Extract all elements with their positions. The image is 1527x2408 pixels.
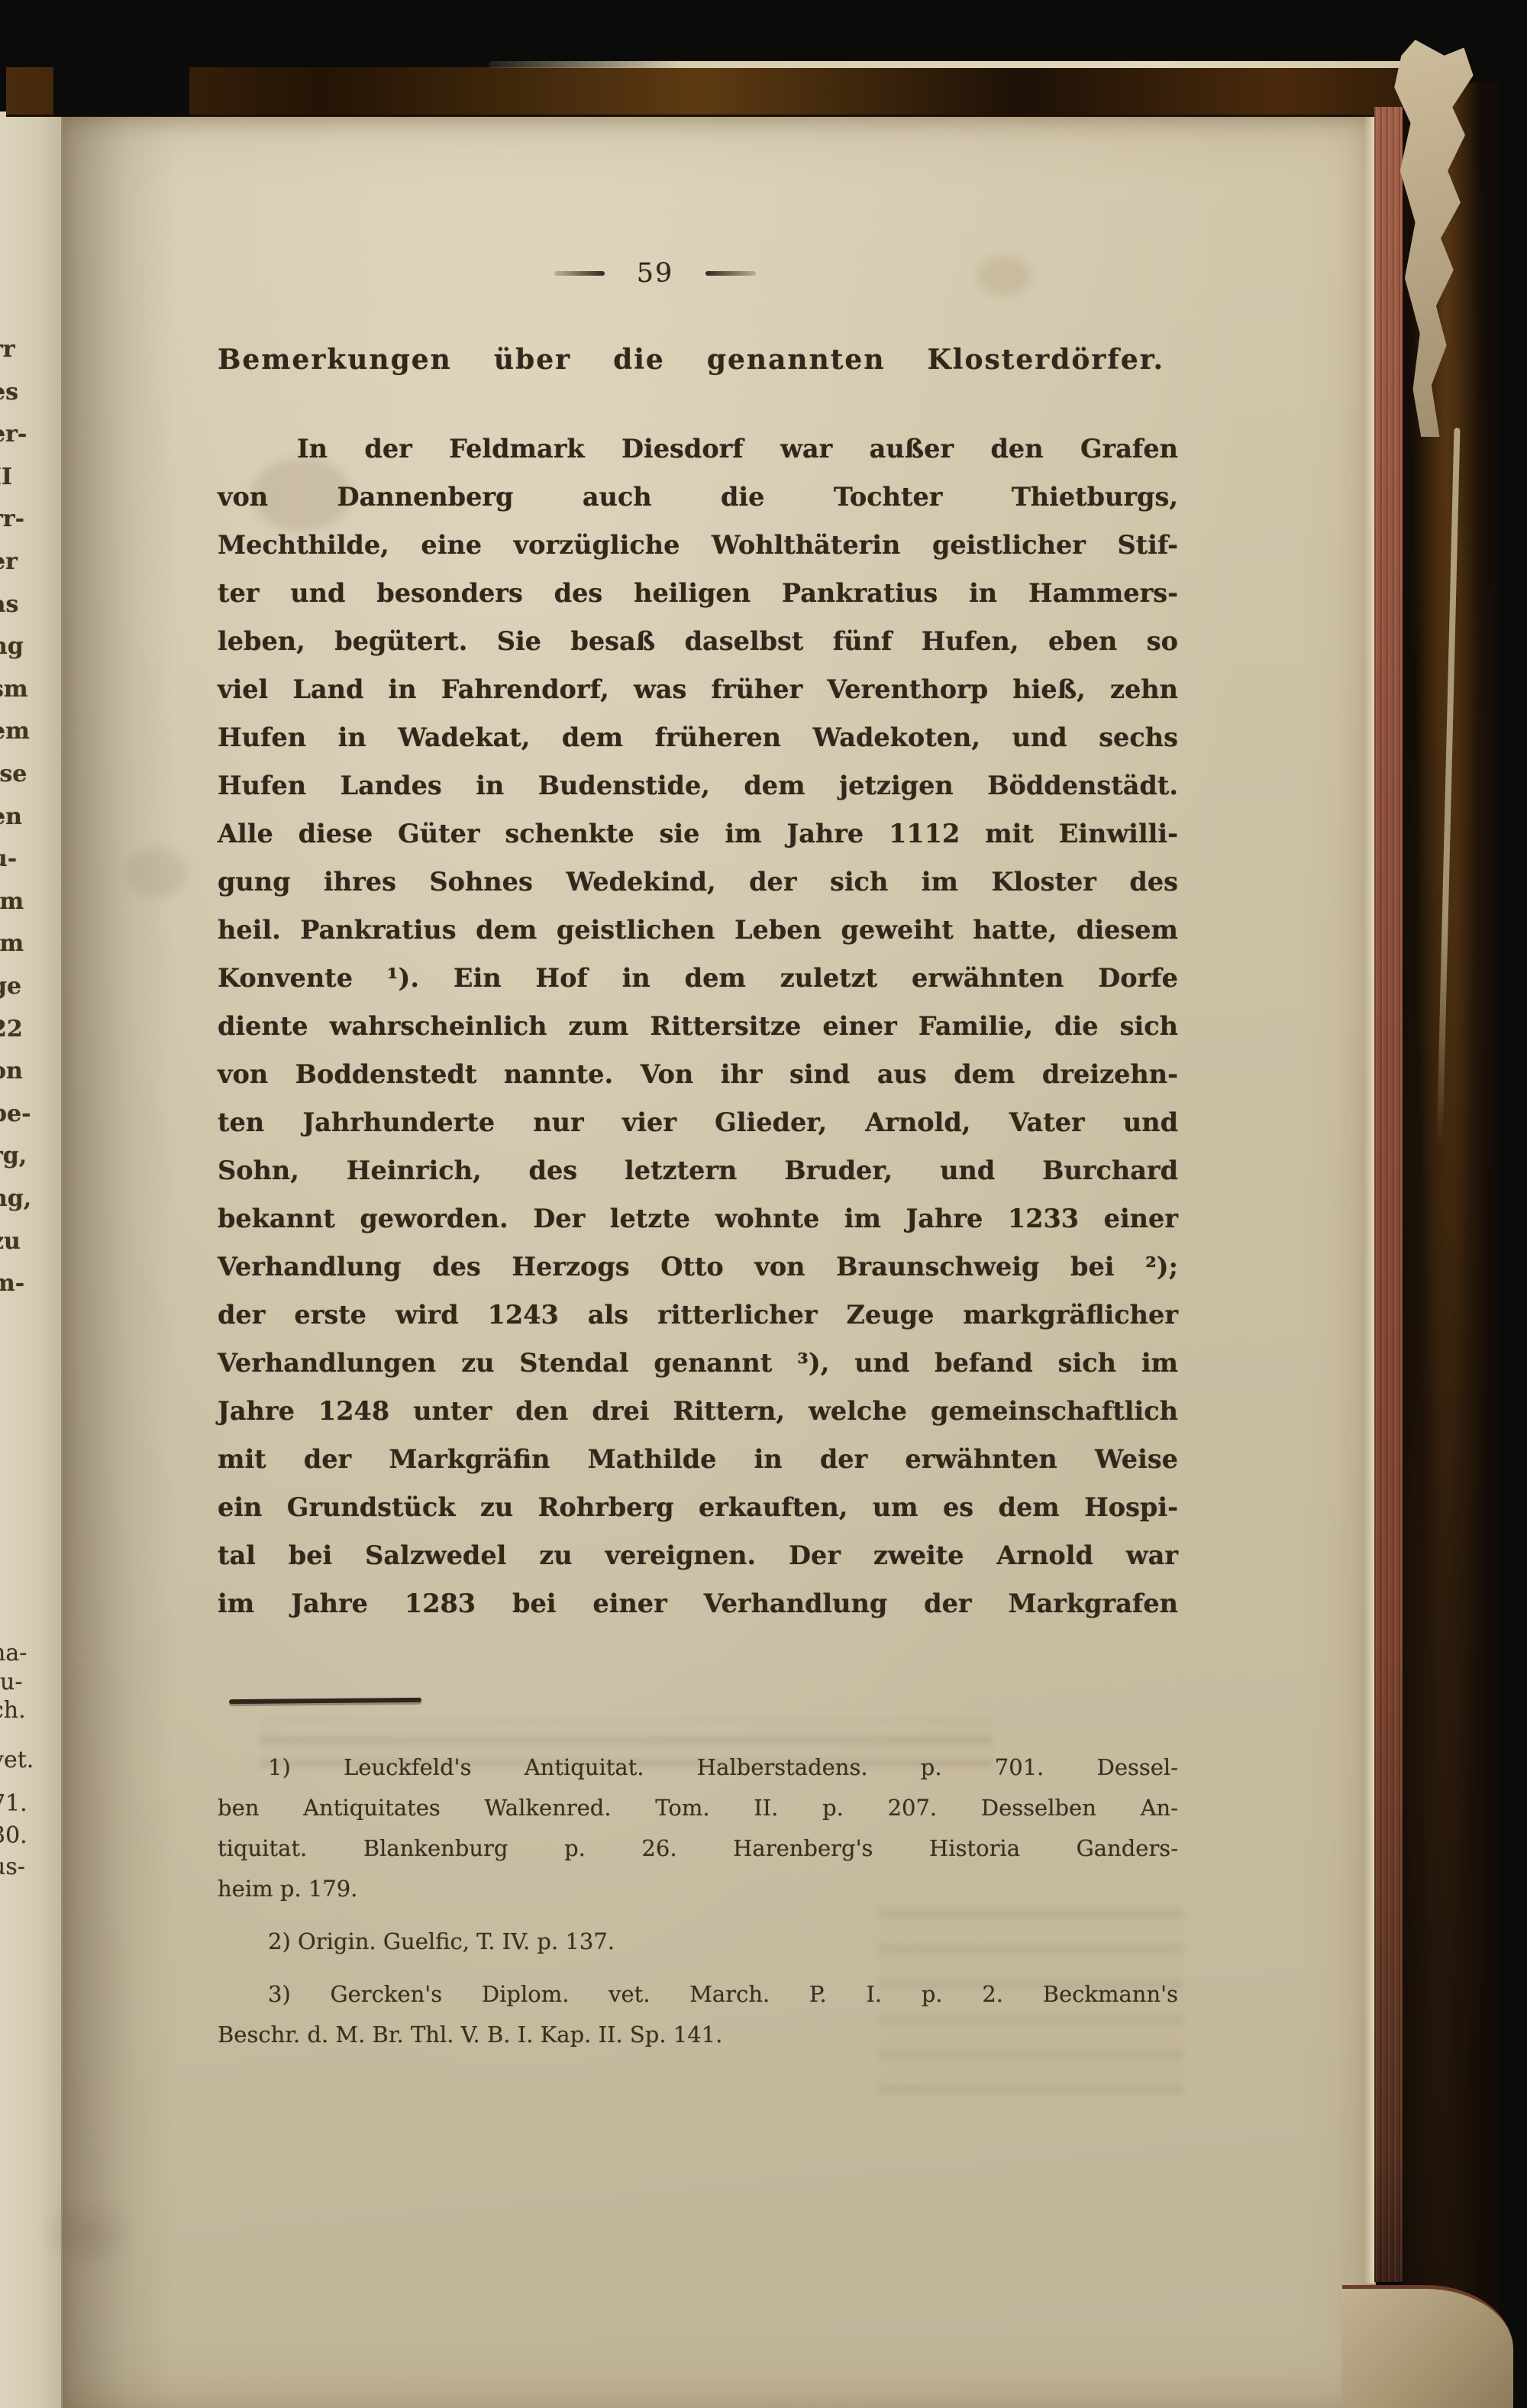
body-line: von Dannenberg auch die Tochter Thietbur…	[218, 473, 1178, 521]
body-line: Verhandlungen zu Stendal genannt ³), und…	[218, 1339, 1178, 1387]
margin-fragment: ch.	[0, 1697, 46, 1724]
body-line: tal bei Salzwedel zu vereignen. Der zwei…	[218, 1531, 1178, 1579]
margin-fragment: ha-	[0, 1640, 46, 1666]
body-line: viel Land in Fahrendorf, was früher Vere…	[218, 665, 1178, 713]
section-heading: Bemerkungen über die genannten Klosterdö…	[218, 344, 1164, 376]
book-top-binding	[6, 67, 1454, 117]
body-line: Hufen Landes in Budenstide, dem jetzigen…	[218, 761, 1178, 810]
body-line: ten Jahrhunderte nur vier Glieder, Arnol…	[218, 1098, 1178, 1146]
body-text: In der Feldmark Diesdorf war außer den G…	[218, 425, 1178, 1627]
book-bottom-corner	[1342, 2285, 1513, 2408]
body-line: Mechthilde, eine vorzügliche Wohlthäteri…	[218, 521, 1178, 569]
body-line: Verhandlung des Herzogs Otto von Braunsc…	[218, 1243, 1178, 1291]
margin-fragment: 71.	[0, 1790, 46, 1817]
fore-edge-red	[1374, 107, 1403, 2282]
footnote-3: 3) Gercken's Diplom. vet. March. P. I. p…	[218, 1974, 1178, 2055]
body-line: In der Feldmark Diesdorf war außer den G…	[218, 425, 1178, 473]
footnote-line: heim p. 179.	[218, 1869, 1178, 1909]
body-line: bekannt geworden. Der letzte wohnte im J…	[218, 1194, 1178, 1243]
page-number: 59	[637, 258, 674, 289]
footnote-2: 2) Origin. Guelfic, T. IV. p. 137.	[218, 1922, 1178, 1962]
footnote-line: ben Antiquitates Walkenred. Tom. II. p. …	[218, 1788, 1178, 1828]
body-line: Hufen in Wadekat, dem früheren Wadekoten…	[218, 713, 1178, 761]
body-line: Jahre 1248 unter den drei Rittern, welch…	[218, 1387, 1178, 1435]
body-line: heil. Pankratius dem geistlichen Leben g…	[218, 906, 1178, 954]
margin-fragment: us-	[0, 1854, 46, 1880]
footnote-line: tiquitat. Blankenburg p. 26. Harenberg's…	[218, 1828, 1178, 1869]
header-dash-right	[705, 271, 756, 276]
body-line: Alle diese Güter schenkte sie im Jahre 1…	[218, 810, 1178, 858]
footnotes: 1) Leuckfeld's Antiquitat. Halberstadens…	[218, 1747, 1178, 2067]
margin-fragment: 30.	[0, 1822, 46, 1849]
book-scan: 59 Bemerkungen über die genannten Kloste…	[0, 0, 1527, 2408]
body-line: von Boddenstedt nannte. Von ihr sind aus…	[218, 1050, 1178, 1098]
top-black-notch	[53, 0, 189, 116]
footnote-line: 1) Leuckfeld's Antiquitat. Halberstadens…	[218, 1747, 1178, 1788]
body-line: Konvente ¹). Ein Hof in dem zuletzt erwä…	[218, 954, 1178, 1002]
page-header: 59	[176, 258, 1135, 289]
footnote-line: 3) Gercken's Diplom. vet. March. P. I. p…	[218, 1974, 1178, 2015]
footnote-line: Beschr. d. M. Br. Thl. V. B. I. Kap. II.…	[218, 2015, 1178, 2055]
book-top-edge-highlight	[489, 61, 1452, 68]
body-line: leben, begütert. Sie besaß daselbst fünf…	[218, 617, 1178, 665]
binding-dark	[1403, 82, 1499, 2360]
body-line: diente wahrscheinlich zum Rittersitze ei…	[218, 1002, 1178, 1050]
body-line: Sohn, Heinrich, des letztern Bruder, und…	[218, 1146, 1178, 1194]
body-line: ter und besonders des heiligen Pankratiu…	[218, 569, 1178, 617]
body-line: gung ihres Sohnes Wedekind, der sich im …	[218, 858, 1178, 906]
margin-fragments-latin: ha-tu-ch.vet.71.30.us-	[0, 112, 61, 2408]
body-line: im Jahre 1283 bei einer Verhandlung der …	[218, 1579, 1178, 1627]
body-line: der erste wird 1243 als ritterlicher Zeu…	[218, 1291, 1178, 1339]
body-line: mit der Markgräfin Mathilde in der erwäh…	[218, 1435, 1178, 1483]
margin-fragment: tu-	[0, 1669, 46, 1695]
body-line: ein Grundstück zu Rohrberg erkauften, um…	[218, 1483, 1178, 1531]
footnote-1: 1) Leuckfeld's Antiquitat. Halberstadens…	[218, 1747, 1178, 1909]
page-right-edge-highlight	[1364, 115, 1374, 2284]
margin-fragment: vet.	[0, 1747, 46, 1773]
header-dash-left	[554, 271, 605, 276]
footnote-line: 2) Origin. Guelfic, T. IV. p. 137.	[218, 1922, 1178, 1962]
gutter-shadow	[61, 112, 176, 2408]
